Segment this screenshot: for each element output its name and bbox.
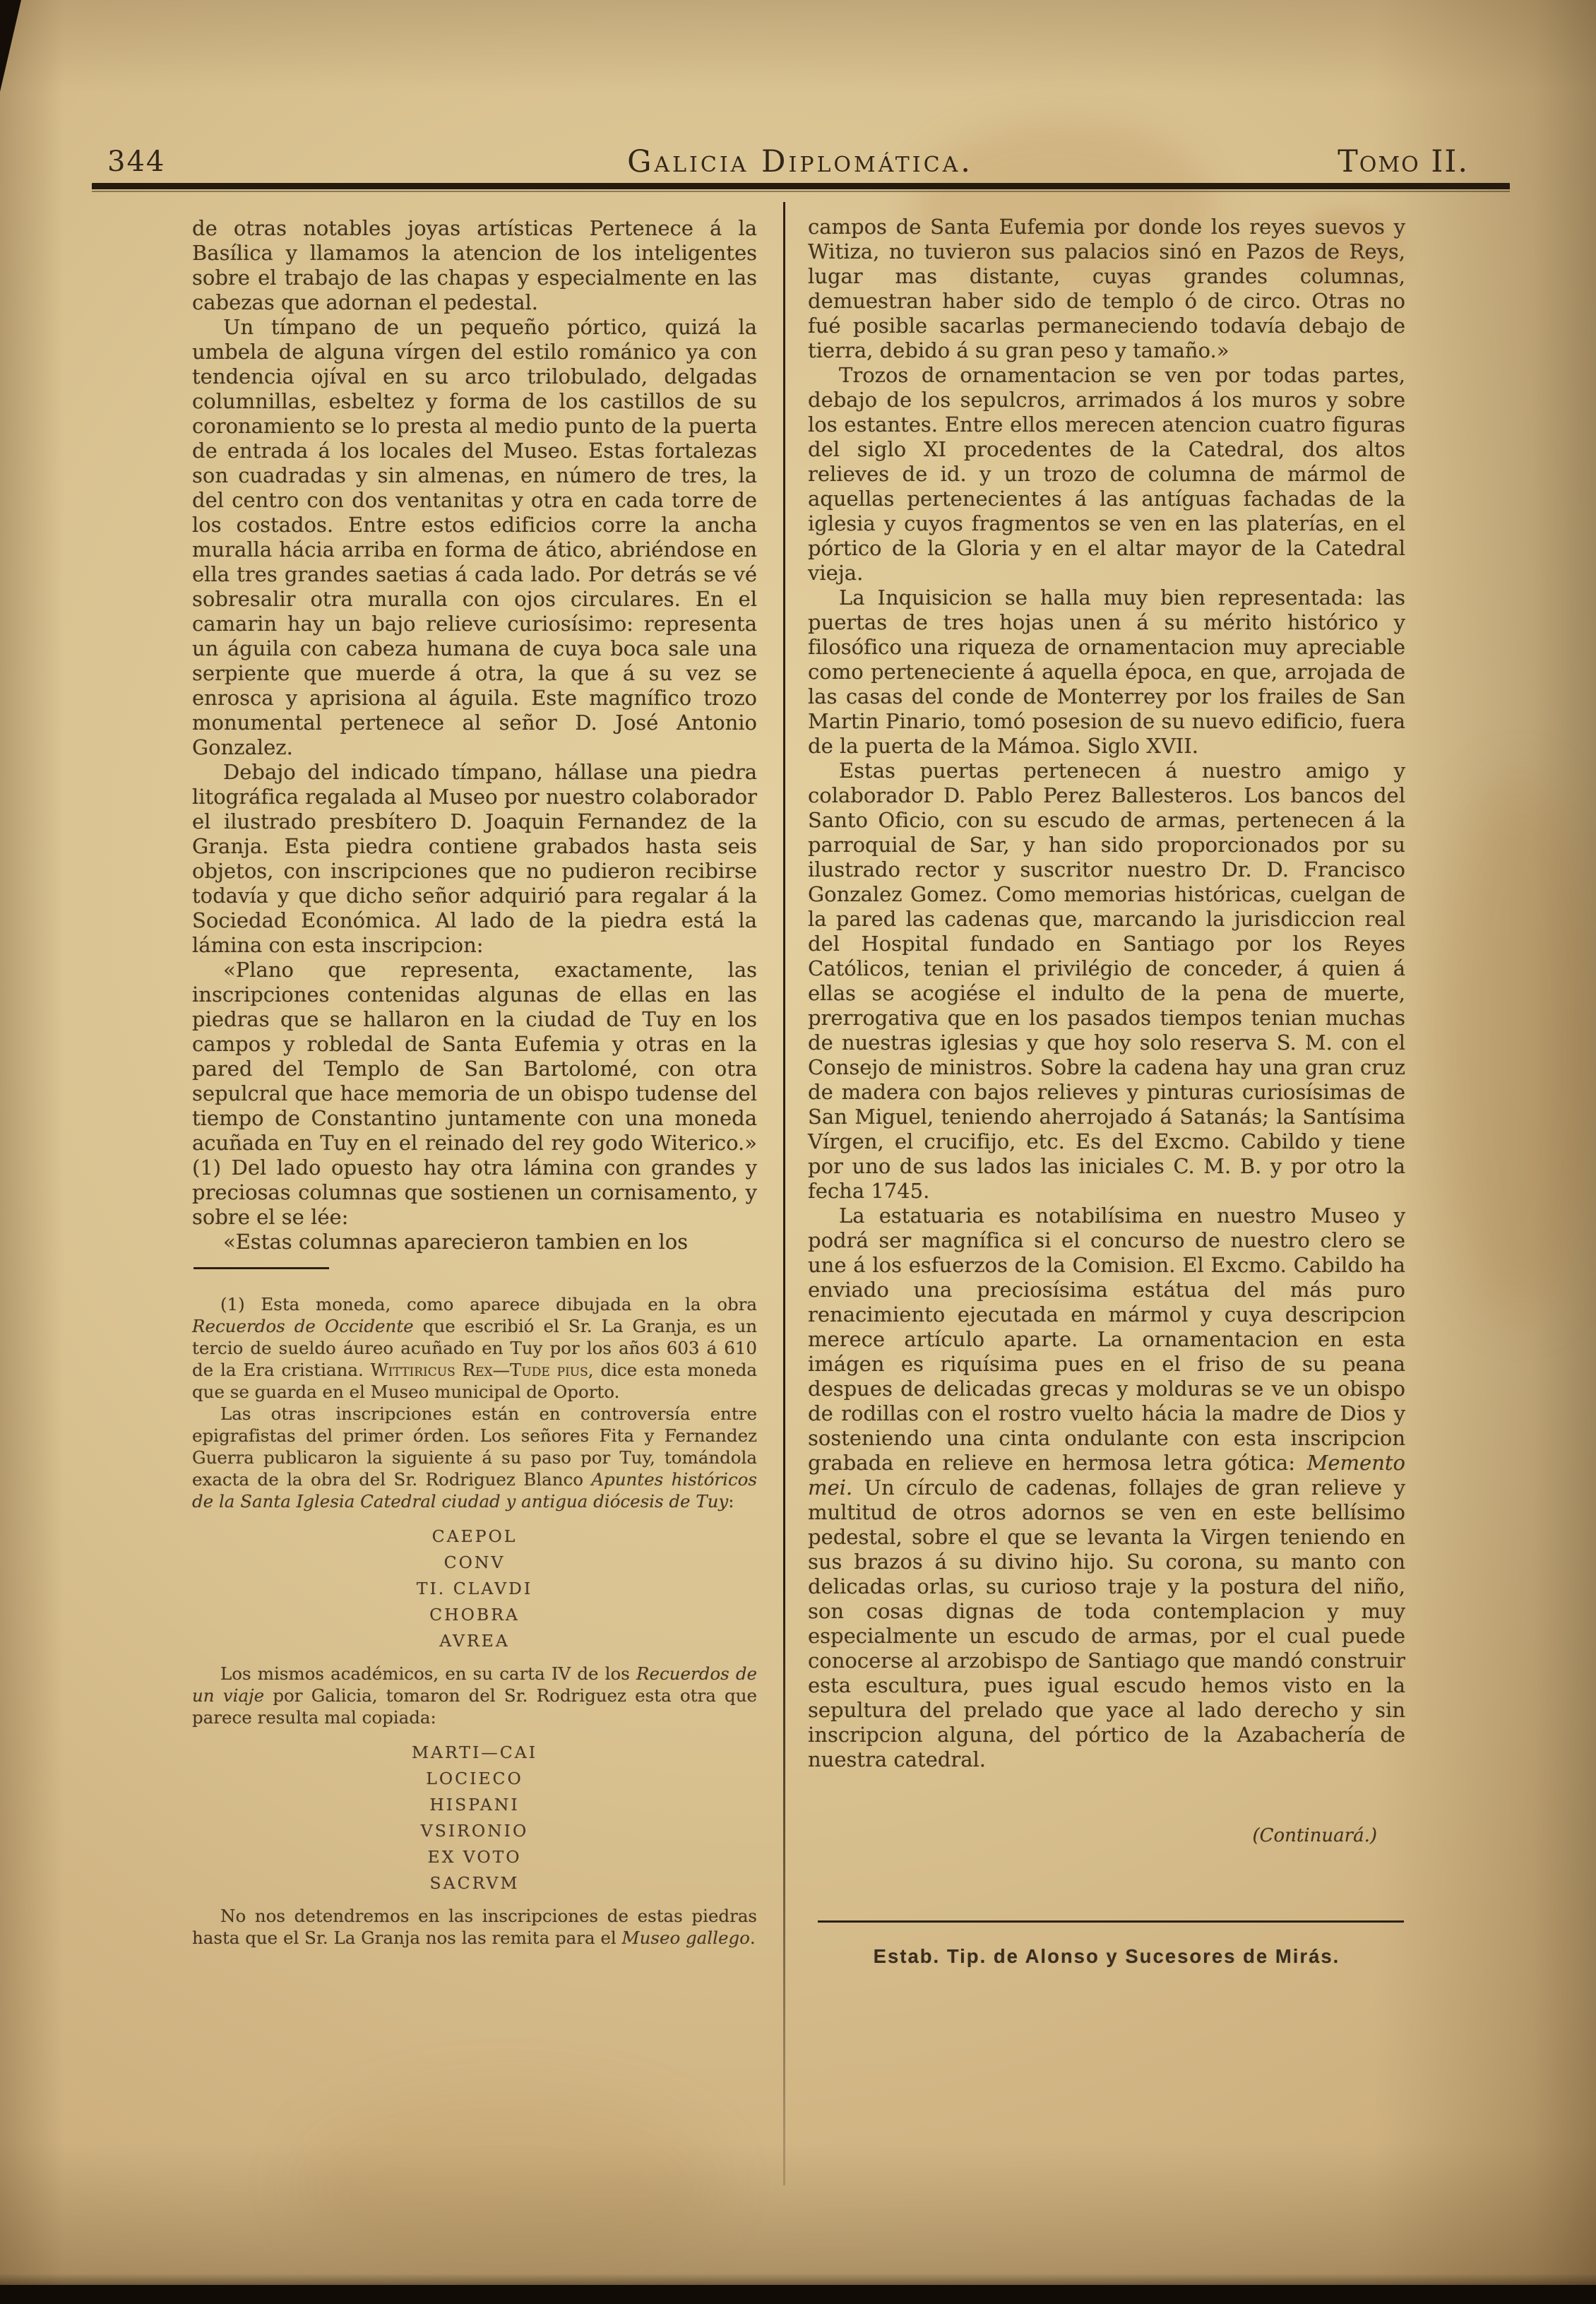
inscription-line: MARTI—CAI xyxy=(192,1740,757,1766)
footnote-separator xyxy=(193,1267,329,1269)
page-edge-shadow xyxy=(0,2274,1596,2285)
body-paragraph: Un tímpano de un pequeño pórtico, quizá … xyxy=(192,315,757,760)
footnote-paragraph: (1) Esta moneda, como aparece dibujada e… xyxy=(192,1293,757,1403)
inscription-block: CAEPOL CONV TI. CLAVDI CHOBRA AVREA xyxy=(192,1524,757,1654)
journal-title: Galicia Diplomática. xyxy=(92,144,1508,179)
body-paragraph: La Inquisicion se halla muy bien represe… xyxy=(808,586,1405,759)
body-paragraph: La estatuaria es notabilísima en nuestro… xyxy=(808,1204,1405,1772)
quote-paragraph: «Plano que representa, exactamente, las … xyxy=(192,958,757,1230)
body-paragraph: de otras notables joyas artísticas Perte… xyxy=(192,216,757,315)
imprint-rule xyxy=(818,1920,1404,1923)
left-column: de otras notables joyas artísticas Perte… xyxy=(192,216,757,1949)
continuation-notice: (Continuará.) xyxy=(808,1824,1377,1847)
inscription-line: TI. CLAVDI xyxy=(192,1576,757,1602)
body-paragraph: Debajo del indicado tímpano, hállase una… xyxy=(192,760,757,958)
body-paragraph: Estas puertas pertenecen á nuestro amigo… xyxy=(808,759,1405,1204)
inscription-line: SACRVM xyxy=(192,1870,757,1896)
footnote-paragraph: No nos detendremos en las inscripciones … xyxy=(192,1905,757,1949)
inscription-block: MARTI—CAI LOCIECO HISPANI VSIRONIO EX VO… xyxy=(192,1740,757,1896)
inscription-line: AVREA xyxy=(192,1628,757,1654)
right-column: campos de Santa Eufemia por donde los re… xyxy=(808,215,1405,1968)
footnote-section: (1) Esta moneda, como aparece dibujada e… xyxy=(192,1293,757,1949)
footnote-paragraph: Los mismos académicos, en su carta IV de… xyxy=(192,1663,757,1728)
inscription-line: LOCIECO xyxy=(192,1766,757,1792)
volume-label: Tomo II. xyxy=(1338,144,1469,179)
body-paragraph: campos de Santa Eufemia por donde los re… xyxy=(808,215,1405,363)
quote-paragraph: «Estas columnas aparecieron tambien en l… xyxy=(192,1230,757,1254)
body-paragraph: Trozos de ornamentacion se ven por todas… xyxy=(808,363,1405,586)
header-rule xyxy=(92,183,1510,193)
column-divider xyxy=(783,202,785,2185)
inscription-line: EX VOTO xyxy=(192,1844,757,1870)
scan-bottom-band xyxy=(0,2285,1596,2304)
inscription-line: HISPANI xyxy=(192,1792,757,1818)
inscription-line: VSIRONIO xyxy=(192,1818,757,1844)
scanned-journal-page: { "colors": { "paper": "#d8c190", "ink":… xyxy=(0,0,1596,2304)
page-header: 344 Galicia Diplomática. Tomo II. xyxy=(92,138,1508,182)
inscription-line: CONV xyxy=(192,1550,757,1576)
footnote-paragraph: Las otras inscripciones están en controv… xyxy=(192,1403,757,1512)
inscription-line: CHOBRA xyxy=(192,1602,757,1628)
imprint-text: Estab. Tip. de Alonso y Sucesores de Mir… xyxy=(808,1945,1405,1968)
inscription-line: CAEPOL xyxy=(192,1524,757,1550)
